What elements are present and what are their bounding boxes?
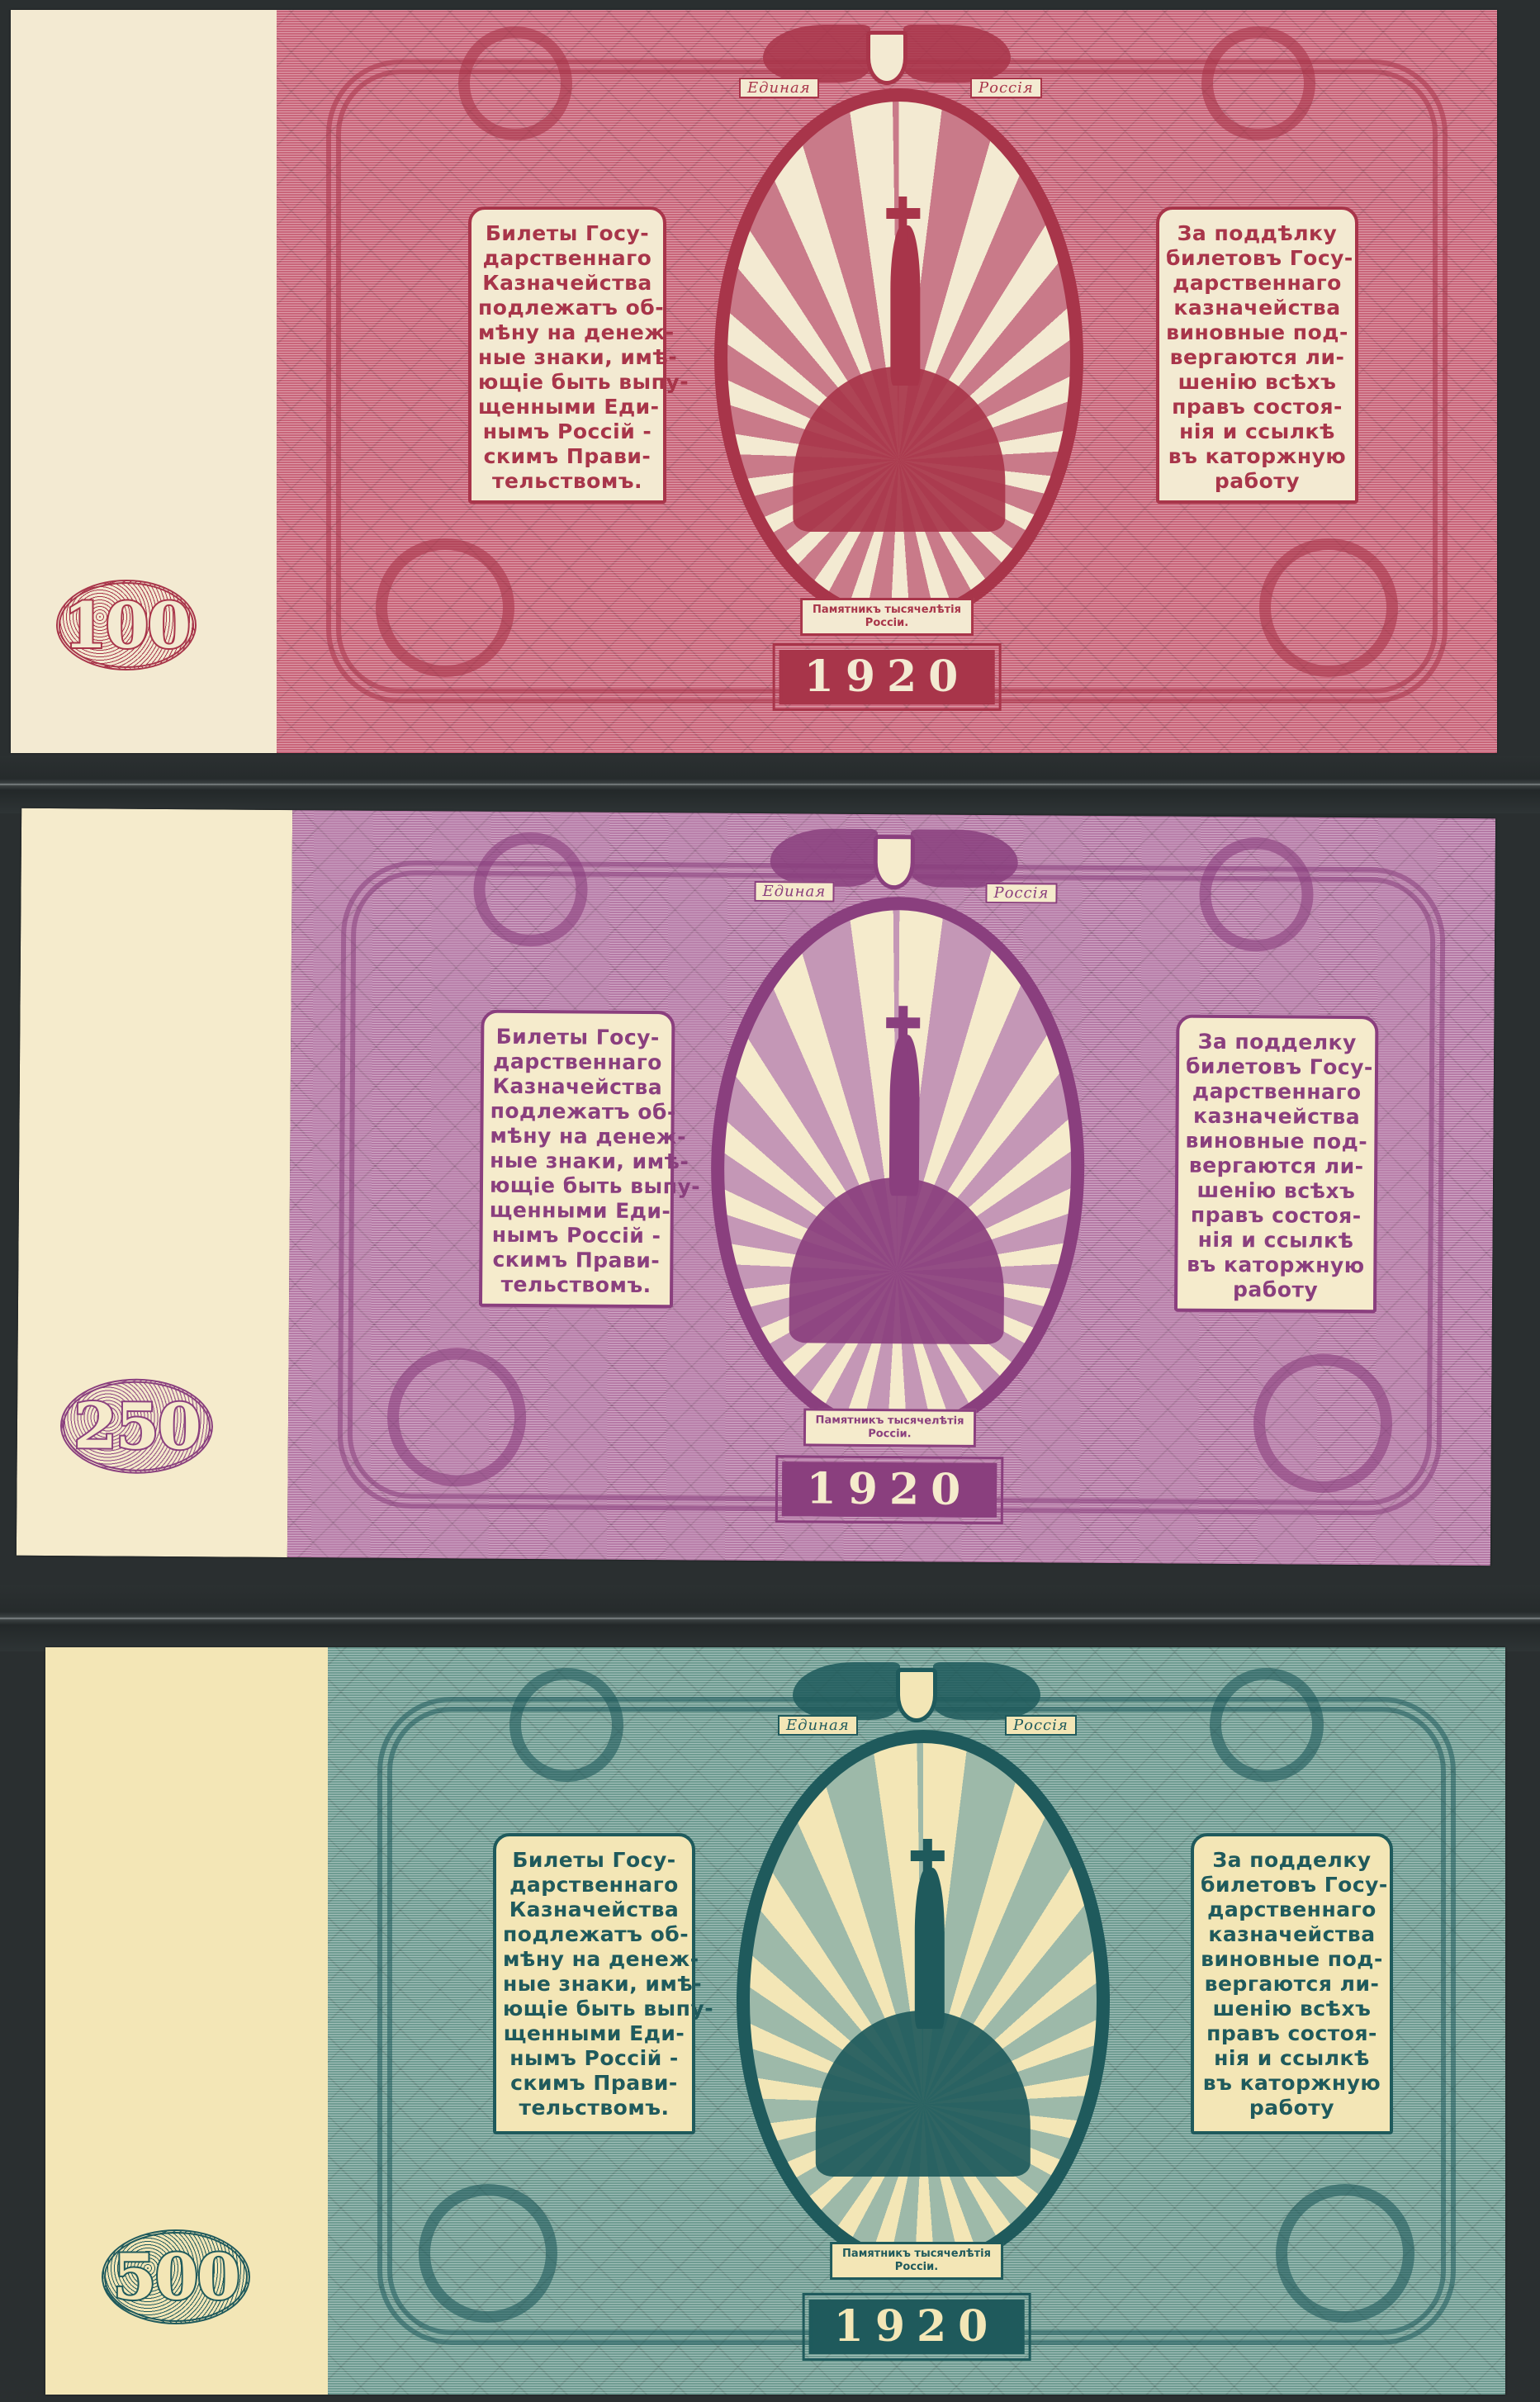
caption-line: Памятникъ тысячелѣтія	[813, 604, 961, 617]
text-line: ющіе быть выпу-	[490, 1173, 664, 1199]
text-line: дарственнаго	[478, 246, 656, 271]
text-line: билетовъ Госу-	[1201, 1873, 1383, 1897]
monument-medallion	[714, 88, 1083, 627]
text-line: ные знаки, имѣ-	[478, 345, 656, 370]
scroll-ornament	[1201, 26, 1315, 140]
ribbon-right: Россія	[985, 883, 1057, 904]
text-line: виновные под-	[1201, 1947, 1383, 1972]
text-line: работу	[1184, 1277, 1367, 1304]
text-line: Билеты Госу-	[503, 1848, 685, 1873]
ribbon-left: Единая	[778, 1715, 858, 1736]
text-line: нымъ Россій -	[489, 1223, 663, 1248]
text-line: скимъ Прави-	[489, 1248, 663, 1273]
left-text-panel: Билеты Госу-дарственнагоКазначействаподл…	[493, 1833, 695, 2134]
text-line: подлежатъ об-	[478, 296, 656, 320]
text-line: нымъ Россій -	[478, 419, 656, 444]
banknote-100: Единая Россія Билеты Госу-дарственнагоКа…	[11, 10, 1497, 753]
text-line: скимъ Прави-	[478, 444, 656, 469]
text-line: Билеты Госу-	[490, 1025, 665, 1050]
text-line: ные знаки, имѣ-	[503, 1972, 685, 1997]
text-line: билетовъ Госу-	[1186, 1054, 1368, 1081]
left-text-panel: Билеты Госу-дарственнагоКазначействаподл…	[468, 206, 666, 504]
scroll-ornament	[473, 832, 588, 947]
text-line: мѣну на денеж-	[490, 1124, 664, 1149]
year-label: 1920	[809, 2300, 1025, 2354]
text-line: дарственнаго	[1186, 1079, 1368, 1106]
text-line: въ каторжную	[1184, 1253, 1367, 1279]
text-line: Казначейства	[503, 1897, 685, 1922]
text-line: въ каторжную	[1166, 444, 1348, 469]
text-line: тельствомъ.	[489, 1272, 663, 1298]
text-line: мѣну на денеж-	[503, 1947, 685, 1972]
text-line: казначейства	[1186, 1104, 1368, 1130]
millennium-monument-image	[789, 1074, 1006, 1344]
text-line: шенію всѣхъ	[1185, 1178, 1367, 1205]
text-line: За подделку	[1186, 1030, 1368, 1056]
text-line: работу	[1166, 469, 1348, 494]
denomination-oval: 100	[56, 580, 197, 670]
text-line: За подделку	[1201, 1848, 1383, 1873]
text-line: казначейства	[1166, 296, 1348, 320]
scroll-ornament	[376, 538, 514, 677]
album-sleeve-divider	[0, 756, 1540, 813]
text-line: мѣну на денеж-	[478, 320, 656, 345]
millennium-monument-image	[816, 1908, 1031, 2177]
text-line: въ каторжную	[1201, 2071, 1383, 2096]
right-text-panel: За подделкубилетовъ Госу-дарственнагоказ…	[1174, 1015, 1379, 1314]
scroll-ornament	[1210, 1668, 1324, 1782]
text-line: вергаются ли-	[1201, 1972, 1383, 1997]
text-line: дарственнаго	[490, 1049, 665, 1075]
text-line: дарственнаго	[1166, 271, 1348, 296]
monument-caption: Памятникъ тысячелѣтіяРоссіи.	[803, 1408, 976, 1447]
right-text-panel: За поддѣлкубилетовъ Госу-дарственнагоказ…	[1156, 206, 1358, 504]
banknote-500: Единая Россія Билеты Госу-дарственнагоКа…	[45, 1647, 1505, 2395]
text-line: правъ состоя-	[1201, 2021, 1383, 2046]
text-line: шенію всѣхъ	[1201, 1997, 1383, 2021]
text-line: билетовъ Госу-	[1166, 246, 1348, 271]
ribbon-left: Единая	[754, 881, 834, 903]
text-line: Билеты Госу-	[478, 221, 656, 246]
scroll-ornament	[1276, 2184, 1414, 2323]
caption-line: Россіи.	[815, 1428, 964, 1442]
scroll-ornament	[419, 2184, 557, 2323]
scroll-ornament	[458, 26, 572, 140]
text-line: казначейства	[1201, 1922, 1383, 1947]
scroll-ornament	[386, 1348, 526, 1487]
text-line: Казначейства	[478, 271, 656, 296]
printed-field: Единая Россія Билеты Госу-дарственнагоКа…	[328, 1647, 1505, 2395]
text-line: нымъ Россій -	[503, 2046, 685, 2071]
text-line: ющіе быть выпу-	[503, 1997, 685, 2021]
text-line: тельствомъ.	[478, 469, 656, 494]
scroll-ornament	[1199, 837, 1314, 952]
text-line: правъ состоя-	[1185, 1203, 1367, 1229]
millennium-monument-image	[793, 265, 1005, 531]
monument-medallion	[737, 1730, 1110, 2272]
text-line: ющіе быть выпу-	[478, 370, 656, 395]
text-line: Казначейства	[490, 1074, 665, 1100]
denomination-oval: 250	[60, 1378, 214, 1474]
caption-line: Памятникъ тысячелѣтія	[842, 2248, 991, 2261]
text-line: За поддѣлку	[1166, 221, 1348, 246]
text-line: шенію всѣхъ	[1166, 370, 1348, 395]
banknote-250: Единая Россія Билеты Госу-дарственнагоКа…	[17, 808, 1495, 1566]
text-line: вергаются ли-	[1166, 345, 1348, 370]
text-line: дарственнаго	[1201, 1897, 1383, 1922]
text-line: щенными Еди-	[478, 395, 656, 419]
monument-medallion	[709, 896, 1087, 1441]
text-line: правъ состоя-	[1166, 395, 1348, 419]
monument-caption: Памятникъ тысячелѣтіяРоссіи.	[800, 598, 974, 636]
year-label: 1920	[781, 1462, 997, 1518]
text-line: подлежатъ об-	[503, 1922, 685, 1947]
denomination-oval: 500	[102, 2229, 250, 2324]
text-line: скимъ Прави-	[503, 2071, 685, 2096]
scroll-ornament	[509, 1668, 623, 1782]
text-line: нія и ссылкѣ	[1184, 1228, 1367, 1254]
text-line: виновные под-	[1166, 320, 1348, 345]
text-line: вергаются ли-	[1185, 1154, 1367, 1180]
text-line: нія и ссылкѣ	[1201, 2046, 1383, 2071]
text-line: работу	[1201, 2096, 1383, 2120]
caption-line: Россіи.	[813, 617, 961, 630]
album-sleeve-divider	[0, 1585, 1540, 1651]
text-line: виновные под-	[1185, 1129, 1367, 1155]
text-line: ные знаки, имѣ-	[490, 1149, 664, 1174]
text-line: щенными Еди-	[503, 2021, 685, 2046]
ribbon-right: Россія	[1005, 1715, 1077, 1736]
caption-line: Памятникъ тысячелѣтія	[816, 1414, 964, 1428]
printed-field: Единая Россія Билеты Госу-дарственнагоКа…	[287, 810, 1495, 1566]
year-label: 1920	[779, 650, 995, 704]
text-line: подлежатъ об-	[490, 1099, 665, 1125]
text-line: дарственнаго	[503, 1873, 685, 1897]
monument-caption: Памятникъ тысячелѣтіяРоссіи.	[830, 2242, 1003, 2280]
printed-field: Единая Россія Билеты Госу-дарственнагоКа…	[277, 10, 1497, 753]
ribbon-left: Единая	[739, 78, 819, 98]
left-text-panel: Билеты Госу-дарственнагоКазначействаподл…	[479, 1010, 675, 1309]
scroll-ornament	[1259, 538, 1398, 677]
text-line: щенными Еди-	[490, 1198, 664, 1224]
caption-line: Россіи.	[842, 2261, 991, 2274]
ribbon-right: Россія	[970, 78, 1042, 98]
text-line: нія и ссылкѣ	[1166, 419, 1348, 444]
right-text-panel: За подделкубилетовъ Госу-дарственнагоказ…	[1191, 1833, 1393, 2134]
text-line: тельствомъ.	[503, 2096, 685, 2120]
scroll-ornament	[1253, 1353, 1392, 1493]
